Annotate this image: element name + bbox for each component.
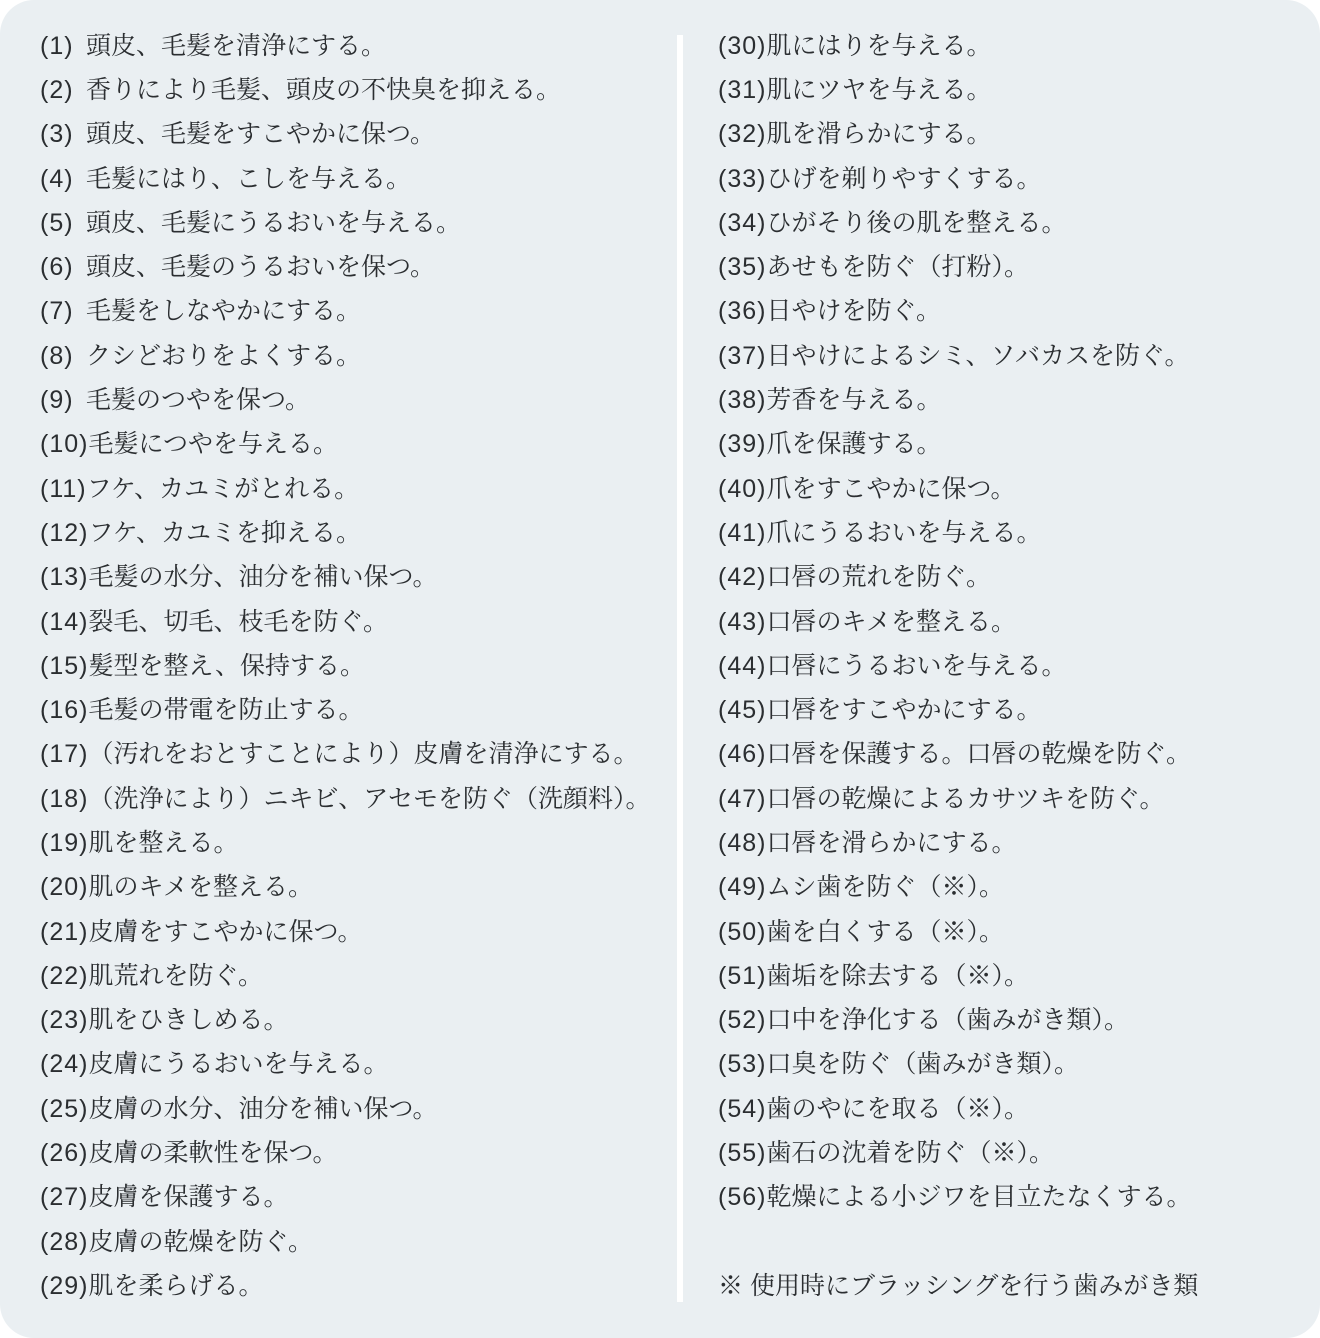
item-number: (44) (718, 654, 766, 679)
list-item: (21)皮膚をすこやかに保つ。 (40, 910, 677, 954)
list-item: (55)歯石の沈着を防ぐ（※）。 (718, 1131, 1320, 1175)
item-text: ひげを剃りやすくする。 (766, 167, 1041, 192)
list-item: (7)毛髪をしなやかにする。 (40, 290, 677, 334)
item-text: 口唇のキメを整える。 (766, 610, 1016, 635)
list-item: (15)髪型を整え、保持する。 (40, 644, 677, 688)
list-item: (51)歯垢を除去する（※）。 (718, 954, 1320, 998)
list-item: (32)肌を滑らかにする。 (718, 113, 1320, 157)
item-number: (29) (40, 1274, 88, 1299)
item-text: 頭皮、毛髪のうるおいを保つ。 (86, 255, 435, 280)
item-number: (39) (718, 432, 766, 457)
item-text: 毛髪につやを与える。 (88, 432, 338, 457)
item-text: 歯のやにを取る（※）。 (766, 1097, 1029, 1122)
item-number: (1) (40, 34, 86, 59)
item-number: (7) (40, 299, 86, 324)
item-text: 歯を白くする（※）。 (766, 920, 1004, 945)
item-number: (9) (40, 388, 86, 413)
list-item: (56)乾燥による小ジワを目立たなくする。 (718, 1176, 1320, 1220)
item-number: (43) (718, 610, 766, 635)
item-text: 口唇にうるおいを与える。 (766, 654, 1066, 679)
item-text: 乾燥による小ジワを目立たなくする。 (766, 1185, 1191, 1210)
list-item: (25)皮膚の水分、油分を補い保つ。 (40, 1087, 677, 1131)
item-text: 皮膚の乾燥を防ぐ。 (88, 1230, 313, 1255)
item-text: （洗浄により）ニキビ、アセモを防ぐ（洗顔料）。 (88, 787, 650, 812)
list-item: (4)毛髪にはり、こしを与える。 (40, 157, 677, 201)
item-number: (2) (40, 78, 86, 103)
item-number: (38) (718, 388, 766, 413)
item-number: (25) (40, 1097, 88, 1122)
list-item: (41)爪にうるおいを与える。 (718, 511, 1320, 555)
item-number: (11) (40, 477, 87, 502)
item-number: (18) (40, 787, 88, 812)
list-item: (33)ひげを剃りやすくする。 (718, 157, 1320, 201)
item-number: (5) (40, 211, 86, 236)
list-item: (13)毛髪の水分、油分を補い保つ。 (40, 556, 677, 600)
list-item: (23)肌をひきしめる。 (40, 999, 677, 1043)
item-number: (46) (718, 742, 766, 767)
item-number: (49) (718, 875, 766, 900)
item-text: 日やけによるシミ、ソバカスを防ぐ。 (766, 344, 1189, 369)
item-number: (13) (40, 565, 88, 590)
item-text: 皮膚を保護する。 (88, 1185, 288, 1210)
list-item: (16)毛髪の帯電を防止する。 (40, 688, 677, 732)
item-text: 髪型を整え、保持する。 (88, 654, 365, 679)
item-text: 口唇の荒れを防ぐ。 (766, 565, 991, 590)
item-text: 口臭を防ぐ（歯みがき類）。 (766, 1052, 1079, 1077)
item-text: 口中を浄化する（歯みがき類）。 (766, 1008, 1129, 1033)
item-number: (6) (40, 255, 86, 280)
list-item: (28)皮膚の乾燥を防ぐ。 (40, 1220, 677, 1264)
list-item: (47)口唇の乾燥によるカサツキを防ぐ。 (718, 777, 1320, 821)
list-item: (6)頭皮、毛髪のうるおいを保つ。 (40, 245, 677, 289)
item-number: (22) (40, 964, 88, 989)
item-text: 毛髪にはり、こしを与える。 (86, 167, 411, 192)
item-number: (19) (40, 831, 88, 856)
item-text: ムシ歯を防ぐ（※）。 (766, 875, 1004, 900)
list-item: (9)毛髪のつやを保つ。 (40, 378, 677, 422)
item-number: (24) (40, 1052, 88, 1077)
list-item: (27)皮膚を保護する。 (40, 1176, 677, 1220)
item-number: (27) (40, 1185, 88, 1210)
item-number: (15) (40, 654, 88, 679)
item-text: 香りにより毛髪、頭皮の不快臭を抑える。 (86, 78, 561, 103)
item-number: (48) (718, 831, 766, 856)
item-number: (20) (40, 875, 88, 900)
item-text: 頭皮、毛髪を清浄にする。 (86, 34, 386, 59)
item-text: 肌を整える。 (88, 831, 238, 856)
list-item: (37)日やけによるシミ、ソバカスを防ぐ。 (718, 334, 1320, 378)
list-item: (2)香りにより毛髪、頭皮の不快臭を抑える。 (40, 68, 677, 112)
list-item: (39)爪を保護する。 (718, 423, 1320, 467)
item-text: 肌を滑らかにする。 (766, 122, 991, 147)
item-number: (41) (718, 521, 766, 546)
item-number: (26) (40, 1141, 88, 1166)
item-text: 口唇を保護する。口唇の乾燥を防ぐ。 (766, 742, 1191, 767)
item-number: (37) (718, 344, 766, 369)
item-number: (56) (718, 1185, 766, 1210)
list-item: (35)あせもを防ぐ（打粉）。 (718, 245, 1320, 289)
item-text: 毛髪の水分、油分を補い保つ。 (88, 565, 437, 590)
list-item: (31)肌にツヤを与える。 (718, 68, 1320, 112)
item-number: (40) (718, 477, 766, 502)
item-number: (32) (718, 122, 766, 147)
item-text: 肌にはりを与える。 (766, 34, 991, 59)
list-item: (20)肌のキメを整える。 (40, 866, 677, 910)
item-text: 皮膚にうるおいを与える。 (88, 1052, 388, 1077)
item-number: (3) (40, 122, 86, 147)
list-item: (1)頭皮、毛髪を清浄にする。 (40, 24, 677, 68)
list-item: (8)クシどおりをよくする。 (40, 334, 677, 378)
list-item: (5)頭皮、毛髪にうるおいを与える。 (40, 201, 677, 245)
item-number: (36) (718, 299, 766, 324)
list-item: (48)口唇を滑らかにする。 (718, 821, 1320, 865)
list-item: (24)皮膚にうるおいを与える。 (40, 1043, 677, 1087)
list-item: (42)口唇の荒れを防ぐ。 (718, 556, 1320, 600)
item-text: 頭皮、毛髪にうるおいを与える。 (86, 211, 461, 236)
list-item: (53)口臭を防ぐ（歯みがき類）。 (718, 1043, 1320, 1087)
item-text: 口唇を滑らかにする。 (766, 831, 1016, 856)
item-text: 肌荒れを防ぐ。 (88, 964, 263, 989)
item-number: (14) (40, 610, 88, 635)
list-item: (38)芳香を与える。 (718, 378, 1320, 422)
item-number: (4) (40, 167, 86, 192)
item-text: 皮膚をすこやかに保つ。 (88, 920, 362, 945)
item-number: (30) (718, 34, 766, 59)
item-number: (17) (40, 742, 88, 767)
list-item: (54)歯のやにを取る（※）。 (718, 1087, 1320, 1131)
item-number: (54) (718, 1097, 766, 1122)
list-item: (50)歯を白くする（※）。 (718, 910, 1320, 954)
efficacy-claims-card: (1)頭皮、毛髪を清浄にする。(2)香りにより毛髪、頭皮の不快臭を抑える。(3)… (0, 0, 1320, 1338)
item-text: 歯石の沈着を防ぐ（※）。 (766, 1141, 1054, 1166)
list-item: (34)ひがそり後の肌を整える。 (718, 201, 1320, 245)
list-item: (10)毛髪につやを与える。 (40, 423, 677, 467)
footnote: ※ 使用時にブラッシングを行う歯みがき類 (718, 1264, 1320, 1308)
list-item: (14)裂毛、切毛、枝毛を防ぐ。 (40, 600, 677, 644)
item-number: (12) (40, 521, 88, 546)
list-item: (43)口唇のキメを整える。 (718, 600, 1320, 644)
item-text: 皮膚の水分、油分を補い保つ。 (88, 1097, 437, 1122)
item-text: 爪をすこやかに保つ。 (766, 477, 1015, 502)
item-number: (53) (718, 1052, 766, 1077)
item-number: (51) (718, 964, 766, 989)
item-number: (42) (718, 565, 766, 590)
item-number: (31) (718, 78, 766, 103)
list-item: (26)皮膚の柔軟性を保つ。 (40, 1131, 677, 1175)
item-text: 肌にツヤを与える。 (766, 78, 991, 103)
list-item: (17)（汚れをおとすことにより）皮膚を清浄にする。 (40, 733, 677, 777)
list-item: (40)爪をすこやかに保つ。 (718, 467, 1320, 511)
item-text: 爪を保護する。 (766, 432, 941, 457)
list-item: (44)口唇にうるおいを与える。 (718, 644, 1320, 688)
list-item: (52)口中を浄化する（歯みがき類）。 (718, 999, 1320, 1043)
item-number: (21) (40, 920, 88, 945)
list-item: (19)肌を整える。 (40, 821, 677, 865)
item-number: (23) (40, 1008, 88, 1033)
item-text: 毛髪の帯電を防止する。 (88, 698, 363, 723)
item-text: 肌を柔らげる。 (88, 1274, 263, 1299)
item-number: (33) (718, 167, 766, 192)
item-number: (47) (718, 787, 766, 812)
item-number: (55) (718, 1141, 766, 1166)
item-text: 皮膚の柔軟性を保つ。 (88, 1141, 337, 1166)
list-item: (12)フケ、カユミを抑える。 (40, 511, 677, 555)
item-number: (45) (718, 698, 766, 723)
item-text: 爪にうるおいを与える。 (766, 521, 1041, 546)
item-text: あせもを防ぐ（打粉）。 (766, 255, 1029, 280)
item-number: (8) (40, 344, 86, 369)
item-text: 頭皮、毛髪をすこやかに保つ。 (86, 122, 435, 147)
item-text: （汚れをおとすことにより）皮膚を清浄にする。 (88, 742, 638, 767)
list-item: (30)肌にはりを与える。 (718, 24, 1320, 68)
item-number: (34) (718, 211, 766, 236)
item-number: (50) (718, 920, 766, 945)
item-text: クシどおりをよくする。 (86, 344, 361, 369)
list-item: (36)日やけを防ぐ。 (718, 290, 1320, 334)
item-text: ひがそり後の肌を整える。 (766, 211, 1066, 236)
item-text: 肌をひきしめる。 (88, 1008, 288, 1033)
list-item: (22)肌荒れを防ぐ。 (40, 954, 677, 998)
item-text: 歯垢を除去する（※）。 (766, 964, 1029, 989)
item-text: 口唇をすこやかにする。 (766, 698, 1041, 723)
left-column: (1)頭皮、毛髪を清浄にする。(2)香りにより毛髪、頭皮の不快臭を抑える。(3)… (0, 0, 677, 1338)
item-number: (16) (40, 698, 88, 723)
list-item: (18)（洗浄により）ニキビ、アセモを防ぐ（洗顔料）。 (40, 777, 677, 821)
item-number: (35) (718, 255, 766, 280)
list-item: (46)口唇を保護する。口唇の乾燥を防ぐ。 (718, 733, 1320, 777)
list-item: (3)頭皮、毛髪をすこやかに保つ。 (40, 113, 677, 157)
item-text: 口唇の乾燥によるカサツキを防ぐ。 (766, 787, 1164, 812)
list-item: (49)ムシ歯を防ぐ（※）。 (718, 866, 1320, 910)
list-item: (29)肌を柔らげる。 (40, 1264, 677, 1308)
list-item: (11)フケ、カユミがとれる。 (40, 467, 677, 511)
item-text: フケ、カユミを抑える。 (88, 521, 361, 546)
item-text: 日やけを防ぐ。 (766, 299, 941, 324)
item-text: 毛髪をしなやかにする。 (86, 299, 361, 324)
item-text: 毛髪のつやを保つ。 (86, 388, 310, 413)
right-column: (30)肌にはりを与える。(31)肌にツヤを与える。(32)肌を滑らかにする。(… (683, 0, 1320, 1338)
item-number: (28) (40, 1230, 88, 1255)
item-text: 芳香を与える。 (766, 388, 941, 413)
item-number: (10) (40, 432, 88, 457)
item-text: フケ、カユミがとれる。 (87, 477, 360, 502)
item-text: 肌のキメを整える。 (88, 875, 313, 900)
item-number: (52) (718, 1008, 766, 1033)
item-text: 裂毛、切毛、枝毛を防ぐ。 (88, 610, 388, 635)
list-item: (45)口唇をすこやかにする。 (718, 688, 1320, 732)
